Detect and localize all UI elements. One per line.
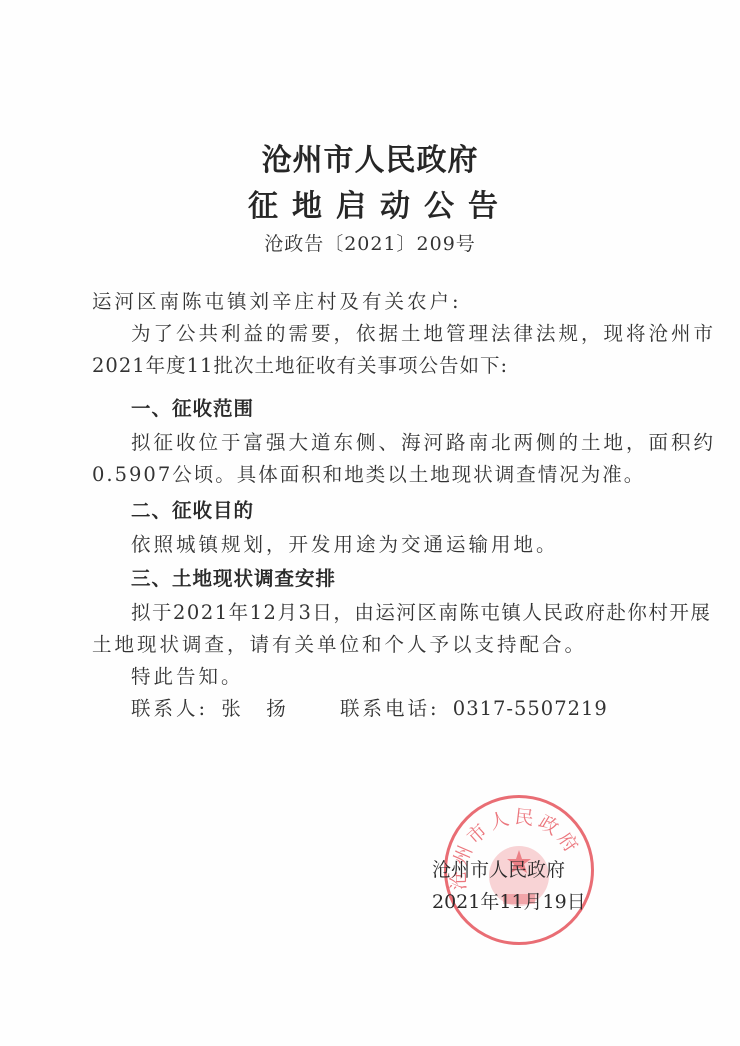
contact-line: 联系人: 张 扬 联系电话: 0317-5507219 xyxy=(131,697,691,721)
section-scope-line-1: 拟征收位于富强大道东侧、海河路南北两侧的土地，面积约 xyxy=(131,431,691,455)
signature-date: 2021年11月19日 xyxy=(432,890,632,914)
contact-person-label: 联系人: xyxy=(131,697,208,720)
section-scope-line-2: 0.5907公顷。具体面积和地类以土地现状调查情况为准。 xyxy=(92,463,652,487)
intro-line-1: 为了公共利益的需要，依据土地管理法律法规，现将沧州市 xyxy=(131,322,691,346)
intro-line-2: 2021年度11批次土地征收有关事项公告如下: xyxy=(92,354,652,378)
issuer-title: 沧州市人民政府 xyxy=(0,143,740,179)
section-survey-line-2: 土地现状调查，请有关单位和个人予以支持配合。 xyxy=(92,633,652,657)
section-heading-purpose: 二、征收目的 xyxy=(131,499,691,523)
contact-person: 张 扬 xyxy=(221,697,289,720)
document-page: 沧州市人民政府 征地启动公告 沧政告〔2021〕209号 运河区南陈屯镇刘辛庄村… xyxy=(0,0,740,1046)
contact-phone-label: 联系电话: xyxy=(340,697,440,720)
addressee: 运河区南陈屯镇刘辛庄村及有关农户: xyxy=(92,290,652,314)
section-heading-scope: 一、征收范围 xyxy=(131,397,691,421)
section-heading-survey: 三、土地现状调查安排 xyxy=(131,567,691,591)
closing-remark: 特此告知。 xyxy=(131,665,691,689)
notice-title: 征地启动公告 xyxy=(0,188,740,226)
section-purpose-line-1: 依照城镇规划，开发用途为交通运输用地。 xyxy=(131,533,691,557)
section-survey-line-1: 拟于2021年12月3日，由运河区南陈屯镇人民政府赴你村开展 xyxy=(131,601,691,625)
document-number: 沧政告〔2021〕209号 xyxy=(0,232,740,256)
contact-phone: 0317-5507219 xyxy=(453,697,608,720)
signature-org: 沧州市人民政府 xyxy=(432,858,632,882)
